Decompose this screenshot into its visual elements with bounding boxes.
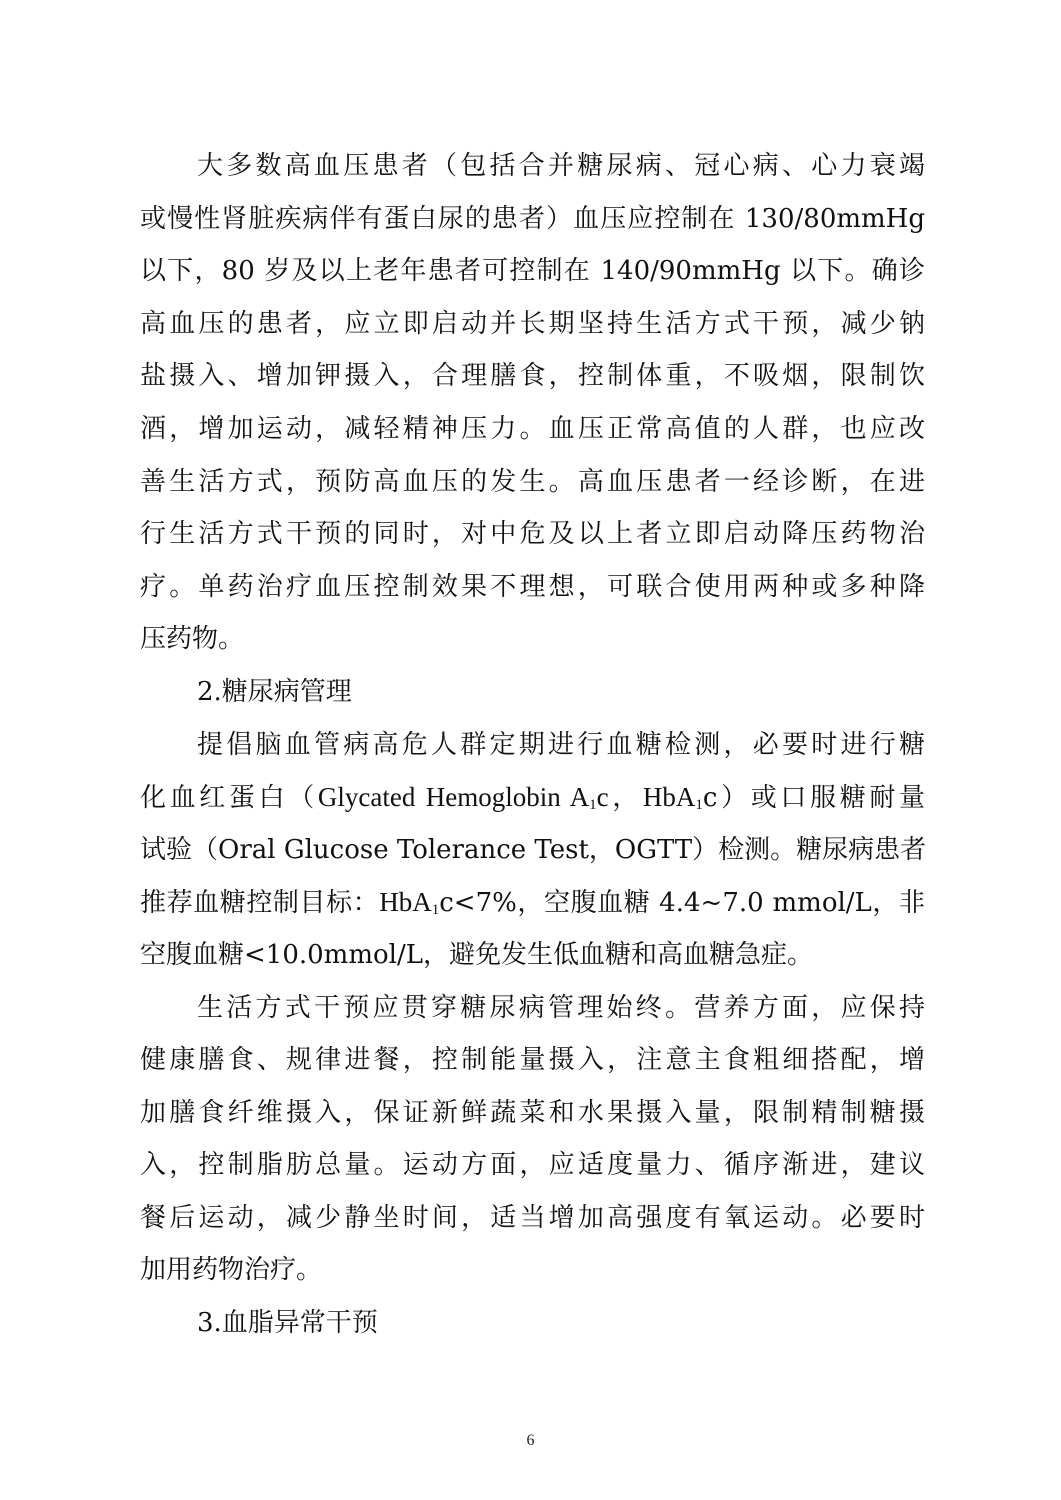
text-line: 入，控制脂肪总量。运动方面，应适度量力、循序渐进，建议 [140,1139,925,1192]
text-line: 化血红蛋白（Glycated Hemoglobin A1c，HbA1c）或口服糖… [140,771,925,824]
text-segment: c）或口服糖耐量 [703,783,925,813]
text-line: 压药物。 [140,613,925,666]
text-line: 空腹血糖<10.0mmol/L，避免发生低血糖和高血糖急症。 [140,929,925,982]
text-segment: Glycated Hemoglobin A [318,782,589,812]
text-line: 行生活方式干预的同时，对中危及以上者立即启动降压药物治 [140,508,925,561]
text-line: 高血压的患者，应立即启动并长期坚持生活方式干预，减少钠 [140,298,925,351]
section-heading-diabetes: 2.糖尿病管理 [140,666,925,719]
document-page: 大多数高血压患者（包括合并糖尿病、冠心病、心力衰竭 或慢性肾脏疾病伴有蛋白尿的患… [0,0,1061,1500]
text-line: 试验（Oral Glucose Tolerance Test，OGTT）检测。糖… [140,824,925,877]
subscript: 1 [695,797,703,813]
text-line: 健康膳食、规律进餐，控制能量摄入，注意主食粗细搭配，增 [140,1034,925,1087]
text-line: 大多数高血压患者（包括合并糖尿病、冠心病、心力衰竭 [140,140,925,193]
text-line: 善生活方式，预防高血压的发生。高血压患者一经诊断，在进 [140,456,925,509]
text-segment: 推荐血糖控制目标： [140,888,379,918]
document-body: 大多数高血压患者（包括合并糖尿病、冠心病、心力衰竭 或慢性肾脏疾病伴有蛋白尿的患… [140,140,925,1350]
text-line: 酒，增加运动，减轻精神压力。血压正常高值的人群，也应改 [140,403,925,456]
text-line: 推荐血糖控制目标：HbA1c<7%，空腹血糖 4.4~7.0 mmol/L，非 [140,876,925,929]
paragraph-hypertension: 大多数高血压患者（包括合并糖尿病、冠心病、心力衰竭 或慢性肾脏疾病伴有蛋白尿的患… [140,140,925,666]
page-number: 6 [0,1432,1061,1450]
text-line: 生活方式干预应贯穿糖尿病管理始终。营养方面，应保持 [140,982,925,1035]
section-heading-dyslipidemia: 3.血脂异常干预 [140,1297,925,1350]
paragraph-diabetes-screening: 提倡脑血管病高危人群定期进行血糖检测，必要时进行糖 化血红蛋白（Glycated… [140,719,925,982]
text-line: 或慢性肾脏疾病伴有蛋白尿的患者）血压应控制在 130/80mmHg [140,193,925,246]
text-line: 以下，80 岁及以上老年患者可控制在 140/90mmHg 以下。确诊 [140,245,925,298]
text-line: 餐后运动，减少静坐时间，适当增加高强度有氧运动。必要时 [140,1192,925,1245]
paragraph-lifestyle-intervention: 生活方式干预应贯穿糖尿病管理始终。营养方面，应保持 健康膳食、规律进餐，控制能量… [140,982,925,1298]
subscript: 1 [589,797,597,813]
text-line: 加用药物治疗。 [140,1244,925,1297]
text-line: 疗。单药治疗血压控制效果不理想，可联合使用两种或多种降 [140,561,925,614]
text-segment: 化血红蛋白（ [140,783,318,813]
text-segment: c，HbA [597,782,696,812]
text-segment: HbA [379,887,432,917]
text-line: 盐摄入、增加钾摄入，合理膳食，控制体重，不吸烟，限制饮 [140,350,925,403]
text-line: 加膳食纤维摄入，保证新鲜蔬菜和水果摄入量，限制精制糖摄 [140,1087,925,1140]
text-segment: c<7%，空腹血糖 4.4~7.0 mmol/L，非 [439,888,925,918]
text-line: 提倡脑血管病高危人群定期进行血糖检测，必要时进行糖 [140,719,925,772]
